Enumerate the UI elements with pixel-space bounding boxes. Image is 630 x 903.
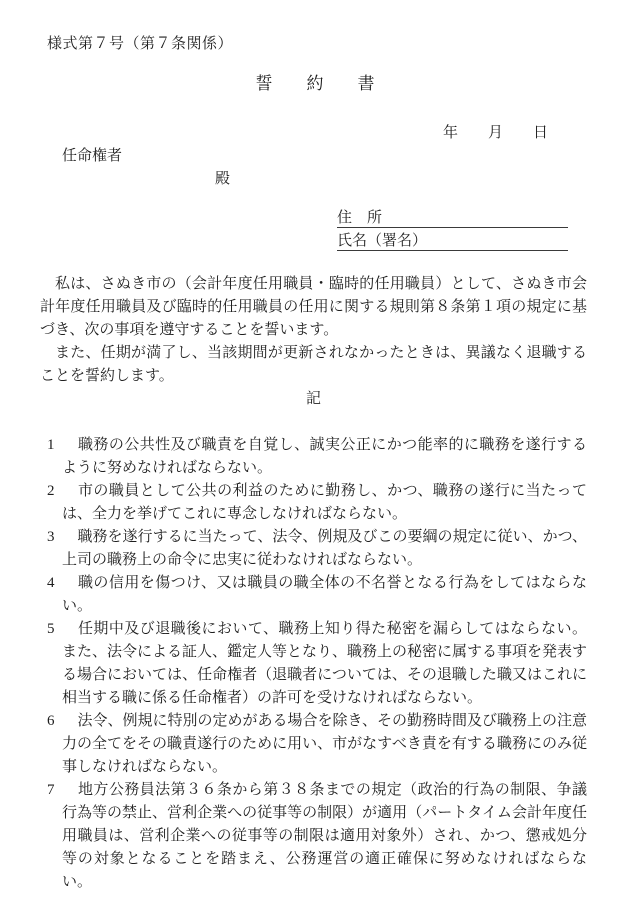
item-number: 6 xyxy=(47,713,55,729)
address-field-line: 住 所 xyxy=(337,210,568,228)
pledge-item-3: 3職務を遂行するに当たって、法令、例規及びこの要綱の規定に従い、かつ、上司の職務… xyxy=(40,526,587,572)
ki-heading: 記 xyxy=(40,388,587,411)
oath-paragraph: 私は、さぬき市の（会計年度任用職員・臨時的任用職員）として、さぬき市会計年度任用… xyxy=(40,273,587,342)
item-text: 法令、例規に特別の定めがある場合を除き、その勤務時間及び職務上の注意力の全てをそ… xyxy=(62,713,587,775)
pledge-item-1: 1職務の公共性及び職責を自覚し、誠実公正にかつ能率的に職務を遂行するように努めな… xyxy=(40,434,587,480)
pledge-list: 1職務の公共性及び職責を自覚し、誠実公正にかつ能率的に職務を遂行するように努めな… xyxy=(40,434,587,894)
item-text: 地方公務員法第３６条から第３８条までの規定（政治的行為の制限、争議行為等の禁止、… xyxy=(62,782,587,890)
item-text: 職務の公共性及び職責を自覚し、誠実公正にかつ能率的に職務を遂行するように努めなけ… xyxy=(62,437,587,476)
honorific-dono: 殿 xyxy=(215,168,230,191)
appointer-label: 任命権者 xyxy=(62,145,122,168)
pledge-item-7: 7地方公務員法第３６条から第３８条までの規定（政治的行為の制限、争議行為等の禁止… xyxy=(40,779,587,894)
item-number: 4 xyxy=(47,575,55,591)
pledge-item-5: 5任期中及び退職後において、職務上知り得た秘密を漏らしてはならない。また、法令に… xyxy=(40,618,587,710)
name-signature-label: 氏名（署名） xyxy=(337,233,427,249)
item-number: 2 xyxy=(47,483,55,499)
item-number: 5 xyxy=(47,621,55,637)
form-number: 様式第７号（第７条関係） xyxy=(47,33,233,56)
item-text: 市の職員として公共の利益のために勤務し、かつ、職務の遂行に当たっては、全力を挙げ… xyxy=(62,483,587,522)
date-line: 年 月 日 xyxy=(443,122,548,145)
page-title: 誓 約 書 xyxy=(0,71,630,97)
pledge-item-2: 2市の職員として公共の利益のために勤務し、かつ、職務の遂行に当たっては、全力を挙… xyxy=(40,480,587,526)
item-number: 3 xyxy=(47,529,55,545)
item-text: 任期中及び退職後において、職務上知り得た秘密を漏らしてはならない。また、法令によ… xyxy=(62,621,587,706)
item-text: 職務を遂行するに当たって、法令、例規及びこの要綱の規定に従い、かつ、上司の職務上… xyxy=(62,529,587,568)
item-number: 7 xyxy=(47,782,55,798)
body-text: 私は、さぬき市の（会計年度任用職員・臨時的任用職員）として、さぬき市会計年度任用… xyxy=(40,273,587,894)
signature-field-line: 氏名（署名） xyxy=(337,233,568,251)
item-text: 職の信用を傷つけ、又は職員の職全体の不名誉となる行為をしてはならない。 xyxy=(62,575,587,614)
address-label: 住 所 xyxy=(337,210,382,226)
item-number: 1 xyxy=(47,437,55,453)
document-page: { "page": { "background": "#ffffff", "te… xyxy=(0,0,630,903)
oath-paragraph: また、任期が満了し、当該期間が更新されなかったときは、異議なく退職することを誓約… xyxy=(40,342,587,388)
pledge-item-6: 6法令、例規に特別の定めがある場合を除き、その勤務時間及び職務上の注意力の全てを… xyxy=(40,710,587,779)
pledge-item-4: 4職の信用を傷つけ、又は職員の職全体の不名誉となる行為をしてはならない。 xyxy=(40,572,587,618)
